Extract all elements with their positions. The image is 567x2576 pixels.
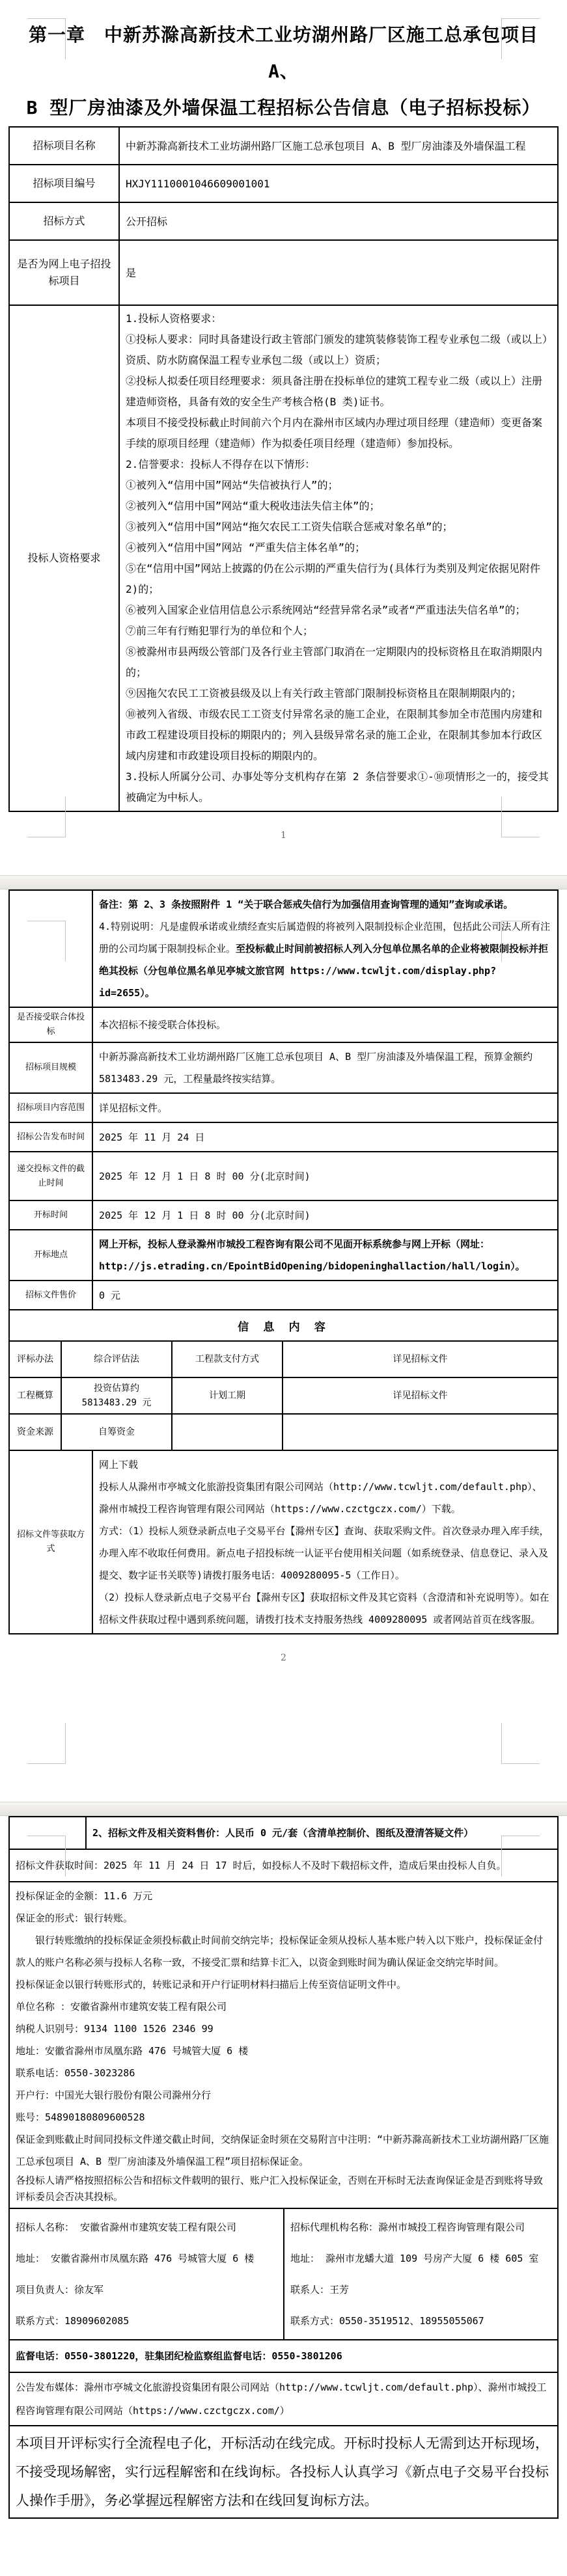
table-row: 开标地点 网上开标，投标人登录滁州市城投工程咨询有限公司不见面开标系统参与网上开… <box>9 1230 558 1281</box>
table-row: 公告发布媒体：滁州市亭城文化旅游投资集团有限公司网站（http://www.tc… <box>9 2372 558 2426</box>
table-row: 本项目开评标实行全流程电子化，开标活动在线完成。开标时投标人无需到达开标现场，不… <box>9 2426 558 2518</box>
qualification-paragraph: 1.投标人资格要求： <box>126 308 551 329</box>
row-deposit-info: 投标保证金的金额：11.6 万元 保证金的形式：银行转账。 银行转账缴纳的投标保… <box>9 1882 558 2208</box>
qualification-paragraph: ⑩被列入省级、市级农民工工资支付异常名录的施工企业，在限制其参加全市范围内房建和… <box>126 704 551 766</box>
special-note: 4.特别说明：凡是虚假承诺或业绩经查实后属造假的将被列入限制投标企业范围，包括此… <box>99 915 551 1004</box>
row-value-project-scale: 中新苏滁高新技术工业坊湖州路厂区施工总承包项目 A、B 型厂房油漆及外墙保温工程… <box>92 1042 558 1093</box>
document-title-line1: 第一章 中新苏滁高新技术工业坊湖州路厂区施工总承包项目 A、 <box>17 17 551 90</box>
qualification-paragraph: ⑧被滁州市县两级公管部门及各行业主管部门取消在一定期限内的投标资格且在取消期限内… <box>126 642 551 683</box>
deposit-amount: 投标保证金的金额：11.6 万元 <box>16 1885 551 1907</box>
row-value-project-number: HXJY1110001046609001001 <box>119 165 558 202</box>
grid-value-payment: 详见招标文件 <box>283 1341 558 1377</box>
row-label-announce-time: 招标公告发布时间 <box>9 1122 92 1152</box>
table-row: 招标文件售价 0 元 <box>9 1281 558 1310</box>
page-margin-mark <box>501 796 540 837</box>
tenderer-name: 招标人名称： 安徽省滁州市建筑安装工程有限公司 <box>16 2212 277 2243</box>
row-label-project-scale: 招标项目规模 <box>9 1042 92 1093</box>
deposit-account: 账号：54890180809600528 <box>16 2106 551 2128</box>
grid-label-fund-source: 资金来源 <box>9 1414 61 1450</box>
deposit-remark-note: 保证金到账截止时间同投标文件递交截止时间，交纳保证金时须在交易附言中注明：“中新… <box>16 2128 551 2173</box>
deposit-warning-note: 各投标人请严格按照招标公告和招标文件载明的银行、账户汇入投标保证金，否则在开标时… <box>16 2173 551 2205</box>
table-row: 招标文件等获取方式 网上下载 投标人从滁州市亭城文化旅游投资集团有限公司网站（h… <box>9 1450 558 1634</box>
tenderer-contact-cell: 招标人名称： 安徽省滁州市建筑安装工程有限公司 地址： 安徽省滁州市凤凰东路 4… <box>9 2208 284 2340</box>
row-value-qualification: 1.投标人资格要求： ①投标人要求：同时具备建设行政主管部门颁发的建筑装修装饰工… <box>119 305 558 811</box>
row-label-doc-price: 招标文件售价 <box>9 1281 92 1310</box>
row-label-project-scope: 招标项目内容范围 <box>9 1093 92 1122</box>
obtain-paragraph: 投标人从滁州市亭城文化旅游投资集团有限公司网站（http://www.tcwlj… <box>99 1476 551 1520</box>
deposit-phone: 联系电话：0550-3023286 <box>16 2062 551 2084</box>
deposit-tax-id: 纳税人识别号：9134 1100 1526 2346 99 <box>16 2018 551 2040</box>
agency-contact-cell: 招标代理机构名称：滁州市城投工程咨询管理有限公司 地址： 滁州市龙蟠大道 109… <box>284 2208 558 2340</box>
table-row: 招标人名称： 安徽省滁州市建筑安装工程有限公司 地址： 安徽省滁州市凤凰东路 4… <box>9 2208 558 2340</box>
grid-label-eval-method: 评标办法 <box>9 1341 61 1377</box>
deposit-form: 保证金的形式：银行转账。 <box>16 1907 551 1929</box>
table-row: 招标项目名称 中新苏滁高新技术工业坊湖州路厂区施工总承包项目 A、B 型厂房油漆… <box>9 127 558 165</box>
qualification-paragraph: ⑤在“信用中国”网站上披露的仍在公示期的严重失信行为(具体行为类别及判定依据见附… <box>126 558 551 600</box>
info-content-header: 信 息 内 容 <box>9 1310 558 1341</box>
table-row: 递交投标文件的截止时间 2025 年 12 月 1 日 8 时 00 分(北京时… <box>9 1152 558 1200</box>
page-margin-mark <box>27 1723 66 1764</box>
agency-name: 招标代理机构名称：滁州市城投工程咨询管理有限公司 <box>290 2212 551 2243</box>
page-margin-mark <box>27 796 66 837</box>
table-row: 2、招标文件及相关资料售价：人民币 0 元/套（含清单控制价、图纸及澄清答疑文件… <box>9 1817 558 1849</box>
page-separator <box>0 875 567 889</box>
qualification-paragraph: ①投标人要求：同时具备建设行政主管部门颁发的建筑装修装饰工程专业承包二级（或以上… <box>126 329 551 371</box>
obtain-paragraph: 网上下载 <box>99 1454 551 1476</box>
obtain-paragraph: （2）投标人登录新点电子交易平台【滁州专区】获取招标文件及其它资料（含澄清和补充… <box>99 1586 551 1631</box>
grid-label-budget: 工程概算 <box>9 1377 61 1414</box>
table-row: 是否接受联合体投标 本次招标不接受联合体投标。 <box>9 1007 558 1042</box>
row-label-open-place: 开标地点 <box>9 1230 92 1281</box>
table-row: 招标项目规模 中新苏滁高新技术工业坊湖州路厂区施工总承包项目 A、B 型厂房油漆… <box>9 1042 558 1093</box>
row-supervision-phones: 监督电话：0550-3801220，驻集团纪检监察组监督电话：0550-3801… <box>9 2340 558 2372</box>
qualification-paragraph: ②被列入“信用中国”网站“重大税收违法失信主体”的； <box>126 496 551 517</box>
row-value-consortium: 本次招标不接受联合体投标。 <box>92 1007 558 1042</box>
table-row: 信 息 内 容 <box>9 1310 558 1341</box>
page-margin-mark <box>501 1723 540 1764</box>
page-margin-mark <box>501 921 540 962</box>
deposit-paragraph: 银行转账缴纳的投标保证金须投标截止时间前交纳完毕；投标保证金须从投标人基本账户转… <box>16 1929 551 1973</box>
grid-value-budget: 投资估算约 5813483.29 元 <box>61 1377 172 1414</box>
row-value-electronic-bid: 是 <box>119 240 558 305</box>
table-row: 招标方式 公开招标 <box>9 202 558 240</box>
agency-address: 地址： 滁州市龙蟠大道 109 号房产大厦 6 楼 605 室 <box>290 2243 551 2274</box>
qualification-paragraph: ⑥被列入国家企业信用信息公示系统网站“经营异常名录”或者“严重违法失信名单”的； <box>126 600 551 621</box>
qualification-paragraph: ⑨因拖欠农民工工资被县级及以上有关行政主管部门限制投标资格且在限制期限内的； <box>126 683 551 704</box>
table-row: 招标公告发布时间 2025 年 11 月 24 日 <box>9 1122 558 1152</box>
tenderer-address: 地址： 安徽省滁州市凤凰东路 476 号城管大厦 6 楼 <box>16 2243 277 2274</box>
row-label-submit-deadline: 递交投标文件的截止时间 <box>9 1152 92 1200</box>
row-value-doc-price-note: 2、招标文件及相关资料售价：人民币 0 元/套（含清单控制价、图纸及澄清答疑文件… <box>86 1817 558 1849</box>
row-label-consortium: 是否接受联合体投标 <box>9 1007 92 1042</box>
row-label-project-number: 招标项目编号 <box>9 165 119 202</box>
tenderer-phone: 联系方式：18909602085 <box>16 2305 277 2337</box>
table-row: 投标保证金的金额：11.6 万元 保证金的形式：银行转账。 银行转账缴纳的投标保… <box>9 1882 558 2208</box>
row-value-obtain-method: 网上下载 投标人从滁州市亭城文化旅游投资集团有限公司网站（http://www.… <box>92 1450 558 1634</box>
row-value-remark: 备注：第 2、3 条按照附件 1 “关于联合惩戒失信行为加强信用查询管理的通知”… <box>92 890 558 1007</box>
obtain-paragraph: 方式：（1）投标人须登录新点电子交易平台【滁州专区】查询、获取采购文件。首次登录… <box>99 1520 551 1586</box>
deposit-paragraph: 投标保证金以银行转账形式的，转账记录和开户行证明材料扫描后上传至资信证明文件中。 <box>16 1973 551 1996</box>
bid-notice-table: 备注：第 2、3 条按照附件 1 “关于联合惩戒失信行为加强信用查询管理的通知”… <box>8 889 559 1634</box>
grid-empty-cell <box>172 1414 283 1450</box>
page-margin-mark <box>501 1836 540 1877</box>
table-row: 开标时间 2025 年 12 月 1 日 8 时 00 分(北京时间) <box>9 1200 558 1230</box>
qualification-paragraph: ②投标人拟委任项目经理要求：须具备注册在投标单位的建筑工程专业二级（或以上）注册… <box>126 371 551 413</box>
page-margin-mark <box>27 921 66 962</box>
table-row: 备注：第 2、3 条按照附件 1 “关于联合惩戒失信行为加强信用查询管理的通知”… <box>9 890 558 1007</box>
grid-value-schedule: 详见招标文件 <box>283 1377 558 1414</box>
table-row: 评标办法 综合评估法 工程款支付方式 详见招标文件 <box>9 1341 558 1377</box>
deposit-address: 地址：安徽省滁州市凤凰东路 476 号城管大厦 6 楼 <box>16 2040 551 2062</box>
grid-label-schedule: 计划工期 <box>172 1377 283 1414</box>
document-title-line2: B 型厂房油漆及外墙保温工程招标公告信息（电子招标投标） <box>17 90 551 126</box>
row-label-qualification: 投标人资格要求 <box>9 305 119 811</box>
grid-empty-cell <box>283 1414 558 1450</box>
page-number-2: 2 <box>0 1653 567 1663</box>
row-value-announce-time: 2025 年 11 月 24 日 <box>92 1122 558 1152</box>
row-announcement-media: 公告发布媒体：滁州市亭城文化旅游投资集团有限公司网站（http://www.tc… <box>9 2372 558 2426</box>
row-label-project-name: 招标项目名称 <box>9 127 119 165</box>
document-page-2: 备注：第 2、3 条按照附件 1 “关于联合惩戒失信行为加强信用查询管理的通知”… <box>0 889 567 1802</box>
table-row: 资金来源 自筹资金 <box>9 1414 558 1450</box>
row-label-obtain-method: 招标文件等获取方式 <box>9 1450 92 1634</box>
agency-contact-person: 联系人：王芳 <box>290 2274 551 2305</box>
row-value-project-name: 中新苏滁高新技术工业坊湖州路厂区施工总承包项目 A、B 型厂房油漆及外墙保温工程 <box>119 127 558 165</box>
qualification-paragraph: 本项目不接受投标截止时间前六个月内在滁州市区域内办理过项目经理（建造师）变更备案… <box>126 413 551 454</box>
qualification-paragraph: ③被列入“信用中国”网站“拖欠农民工工资失信联合惩戒对象名单”的； <box>126 517 551 537</box>
row-value-doc-price: 0 元 <box>92 1281 558 1310</box>
row-value-open-place: 网上开标，投标人登录滁州市城投工程咨询有限公司不见面开标系统参与网上开标（网址：… <box>92 1230 558 1281</box>
page-margin-mark <box>501 18 540 59</box>
row-label-open-time: 开标时间 <box>9 1200 92 1230</box>
deposit-contact-table: 2、招标文件及相关资料售价：人民币 0 元/套（含清单控制价、图纸及澄清答疑文件… <box>8 1816 559 2519</box>
row-value-bid-method: 公开招标 <box>119 202 558 240</box>
qualification-paragraph: 3.投标人所属分公司、办事处等分支机构存在第 2 条信誉要求①-⑩项情形之一的，… <box>126 766 551 808</box>
grid-label-payment: 工程款支付方式 <box>172 1341 283 1377</box>
bid-info-table: 招标项目名称 中新苏滁高新技术工业坊湖州路厂区施工总承包项目 A、B 型厂房油漆… <box>8 126 559 812</box>
row-value-submit-deadline: 2025 年 12 月 1 日 8 时 00 分(北京时间) <box>92 1152 558 1200</box>
grid-value-fund-source: 自筹资金 <box>61 1414 172 1450</box>
table-row: 招标项目编号 HXJY1110001046609001001 <box>9 165 558 202</box>
remark-bold-text: 备注：第 2、3 条按照附件 1 “关于联合惩戒失信行为加强信用查询管理的通知”… <box>99 893 551 915</box>
page-margin-mark <box>27 18 66 59</box>
table-row: 招标项目内容范围 详见招标文件。 <box>9 1093 558 1122</box>
qualification-paragraph: ①被列入“信用中国”网站“失信被执行人”的； <box>126 475 551 496</box>
row-label-electronic-bid: 是否为网上电子招投标项目 <box>9 240 119 305</box>
qualification-paragraph: 2.信誉要求：投标人不得存在以下情形： <box>126 454 551 475</box>
page-margin-mark <box>27 1836 66 1877</box>
table-row: 投标人资格要求 1.投标人资格要求： ①投标人要求：同时具备建设行政主管部门颁发… <box>9 305 558 811</box>
document-page-1: 第一章 中新苏滁高新技术工业坊湖州路厂区施工总承包项目 A、 B 型厂房油漆及外… <box>0 0 567 875</box>
document-page-3: 2、招标文件及相关资料售价：人民币 0 元/套（含清单控制价、图纸及澄清答疑文件… <box>0 1816 567 2576</box>
row-obtain-time: 招标文件获取时间：2025 年 11 月 24 日 17 时后，如投标人不及时下… <box>9 1849 558 1882</box>
row-value-open-time: 2025 年 12 月 1 日 8 时 00 分(北京时间) <box>92 1200 558 1230</box>
table-row: 招标文件获取时间：2025 年 11 月 24 日 17 时后，如投标人不及时下… <box>9 1849 558 1882</box>
agency-phone: 联系方式：0550-3519512、18955055067 <box>290 2305 551 2337</box>
table-row: 工程概算 投资估算约 5813483.29 元 计划工期 详见招标文件 <box>9 1377 558 1414</box>
row-label-bid-method: 招标方式 <box>9 202 119 240</box>
table-row: 监督电话：0550-3801220，驻集团纪检监察组监督电话：0550-3801… <box>9 2340 558 2372</box>
row-value-project-scope: 详见招标文件。 <box>92 1093 558 1122</box>
tenderer-manager: 项目负责人：徐友军 <box>16 2274 277 2305</box>
grid-value-eval-method: 综合评估法 <box>61 1341 172 1377</box>
table-row: 是否为网上电子招投标项目 是 <box>9 240 558 305</box>
qualification-paragraph: ⑦前三年有行贿犯罪行为的单位和个人； <box>126 621 551 642</box>
deposit-bank: 开户行：中国光大银行股份有限公司滁州分行 <box>16 2084 551 2106</box>
deposit-company-name: 单位名称 ：安徽省滁州市建筑安装工程有限公司 <box>16 1996 551 2018</box>
document-title: 第一章 中新苏滁高新技术工业坊湖州路厂区施工总承包项目 A、 B 型厂房油漆及外… <box>17 0 551 126</box>
page-separator <box>0 1802 567 1816</box>
qualification-paragraph: ④被列入“信用中国”网站 “严重失信主体名单”的； <box>126 537 551 558</box>
page-number-1: 1 <box>0 830 567 841</box>
row-electronic-process-note: 本项目开评标实行全流程电子化，开标活动在线完成。开标时投标人无需到达开标现场，不… <box>9 2426 558 2518</box>
